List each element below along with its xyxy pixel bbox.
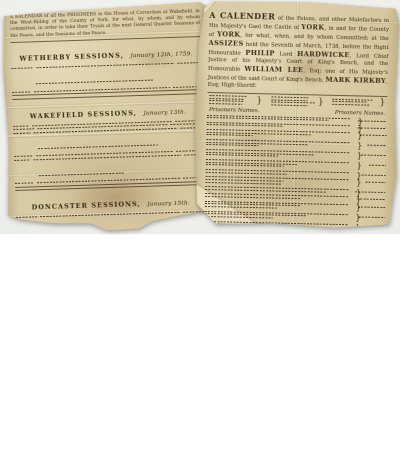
faux-text-line bbox=[332, 101, 367, 103]
faux-text-line bbox=[367, 145, 386, 146]
faux-text-line bbox=[365, 182, 385, 183]
faux-text-line bbox=[207, 134, 253, 136]
section-heading-date: January 12th, 1759. bbox=[130, 52, 192, 60]
faux-text-line bbox=[206, 144, 258, 146]
section-wetherby-sessions: WETHERBY SESSIONS, January 12th, 1759. bbox=[11, 38, 202, 93]
faux-text-line bbox=[205, 206, 277, 209]
faux-text-line bbox=[39, 172, 125, 176]
faux-text-line bbox=[13, 129, 34, 131]
right-broadside-document: A CALENDER of the Felons, and other Male… bbox=[191, 0, 400, 231]
faux-text-line bbox=[357, 199, 385, 201]
prisoner-entry: } bbox=[205, 176, 385, 186]
section-heading-caps: DONCASTER SESSIONS, bbox=[32, 200, 141, 211]
section-heading: WAKEFIELD SESSIONS, January 13th. bbox=[12, 96, 203, 124]
right-brace-glyph: } bbox=[256, 97, 262, 106]
section-heading: WETHERBY SESSIONS, January 12th, 1759. bbox=[11, 38, 202, 66]
prisoner-entry: } bbox=[206, 159, 386, 169]
right-brace-glyph: } bbox=[357, 131, 363, 141]
faux-text-line bbox=[11, 68, 33, 70]
faux-text-line bbox=[13, 132, 30, 134]
prisoners-names-label: Prisoners Names. bbox=[209, 107, 259, 114]
faux-text-line bbox=[41, 229, 165, 234]
committal-block: } bbox=[332, 98, 385, 108]
header-segment: ASSIZES bbox=[209, 39, 244, 48]
faux-text-line bbox=[205, 182, 281, 185]
left-paper-sheet: A KALENDAR of all the PRISONERS in the H… bbox=[1, 1, 216, 233]
right-brace-glyph: } bbox=[356, 179, 362, 189]
committal-block: } bbox=[271, 97, 324, 109]
header-segment: WILLIAM LEE bbox=[244, 65, 303, 74]
faux-text-line bbox=[206, 154, 278, 157]
section-heading-caps: WETHERBY SESSIONS, bbox=[19, 52, 124, 63]
right-brace-glyph: } bbox=[356, 161, 362, 171]
faux-text-line bbox=[362, 174, 386, 176]
prisoner-entry: } bbox=[206, 149, 386, 159]
right-doc-title: A CALENDER of the Felons, and other Male… bbox=[208, 10, 390, 93]
prisoner-entry: } bbox=[205, 211, 385, 221]
faux-text-line bbox=[271, 102, 315, 104]
faux-text-line bbox=[206, 164, 284, 167]
right-brace-glyph: } bbox=[355, 213, 361, 223]
header-segment: A CALENDER bbox=[209, 10, 275, 21]
faux-text-line bbox=[271, 99, 308, 101]
left-broadside-document: A KALENDAR of all the PRISONERS in the H… bbox=[1, 1, 216, 233]
faux-text-line bbox=[209, 98, 244, 100]
right-brace-glyph: } bbox=[355, 223, 361, 233]
prisoner-entry-subline bbox=[35, 64, 202, 88]
faux-text-line bbox=[271, 104, 308, 106]
faux-text-line bbox=[360, 135, 387, 137]
faux-text-line bbox=[205, 196, 301, 199]
prisoner-entry-subline bbox=[38, 129, 205, 153]
right-brace-glyph: } bbox=[357, 141, 363, 151]
faux-text-line bbox=[355, 226, 384, 228]
header-segment: MARK KIRKBY bbox=[325, 76, 386, 85]
right-brace-glyph: } bbox=[357, 151, 363, 161]
section-heading-date: January 15th. bbox=[147, 201, 190, 208]
committal-block-text bbox=[271, 97, 316, 108]
faux-text-line bbox=[359, 216, 385, 218]
faux-text-line bbox=[36, 80, 154, 85]
prisoner-entries bbox=[13, 120, 205, 184]
faux-text-line bbox=[14, 156, 33, 158]
faux-text-line bbox=[271, 97, 309, 99]
faux-text-line bbox=[209, 100, 243, 102]
faux-text-line bbox=[209, 103, 242, 105]
committal-block-text bbox=[209, 95, 254, 106]
header-segment: , for what, when, and by whom Committed;… bbox=[240, 33, 388, 42]
committal-block-text bbox=[332, 99, 377, 108]
header-segment: Lord bbox=[275, 52, 298, 59]
section-wakefield-sessions: WAKEFIELD SESSIONS, January 13th. bbox=[12, 96, 204, 184]
faux-text-line bbox=[333, 99, 373, 101]
right-brace-glyph: } bbox=[355, 203, 361, 213]
faux-text-line bbox=[207, 124, 283, 127]
section-doncaster-sessions: DONCASTER SESSIONS, January 15th. bbox=[15, 187, 208, 234]
faux-text-line bbox=[358, 206, 385, 208]
prisoner-entries: }}}}}}}}}}}}} bbox=[204, 114, 386, 228]
faux-text-line bbox=[38, 144, 157, 149]
section-heading-date: January 13th. bbox=[143, 109, 186, 116]
header-segment: PHILIP bbox=[245, 49, 275, 58]
faux-text-line bbox=[205, 216, 273, 219]
faux-text-line bbox=[205, 221, 349, 225]
faux-text-line bbox=[15, 183, 34, 185]
left-doc-title: A KALENDAR of all the PRISONERS in the H… bbox=[10, 9, 201, 40]
right-brace-glyph: } bbox=[379, 99, 385, 108]
right-brace-glyph: } bbox=[318, 98, 324, 107]
right-paper-sheet: A CALENDER of the Felons, and other Male… bbox=[191, 0, 400, 231]
committal-block: } bbox=[209, 95, 262, 107]
prisoner-entry: } bbox=[206, 139, 386, 149]
faux-text-line bbox=[16, 216, 37, 218]
faux-text-line bbox=[204, 223, 292, 226]
prisoner-entry-subline bbox=[38, 156, 205, 180]
right-doc-content: A CALENDER of the Felons, and other Male… bbox=[191, 0, 400, 231]
header-segment: HARDWICKE bbox=[297, 50, 350, 59]
prisoner-entry: } bbox=[205, 201, 385, 211]
section-heading: DONCASTER SESSIONS, January 15th. bbox=[15, 187, 206, 215]
left-doc-content: A KALENDAR of all the PRISONERS in the H… bbox=[1, 1, 216, 233]
faux-text-line bbox=[332, 104, 369, 106]
faux-text-line bbox=[369, 165, 386, 166]
faux-text-line bbox=[209, 95, 246, 97]
header-segment: YORK bbox=[217, 30, 240, 39]
prisoner-entries bbox=[11, 62, 202, 93]
faux-text-line bbox=[206, 172, 287, 175]
prisoner-entries bbox=[16, 211, 208, 234]
faux-text-line bbox=[12, 91, 31, 93]
faux-text-line bbox=[361, 155, 386, 157]
photo-backdrop: A KALENDAR of all the PRISONERS in the H… bbox=[0, 0, 400, 234]
faux-text-line bbox=[14, 159, 30, 161]
header-segment: YORK bbox=[301, 23, 324, 32]
prisoners-names-label: Prisoners Names. bbox=[335, 109, 385, 116]
prisoner-entry: } bbox=[207, 129, 387, 139]
section-heading-caps: WAKEFIELD SESSIONS, bbox=[30, 109, 137, 120]
faux-text-line bbox=[13, 125, 29, 127]
